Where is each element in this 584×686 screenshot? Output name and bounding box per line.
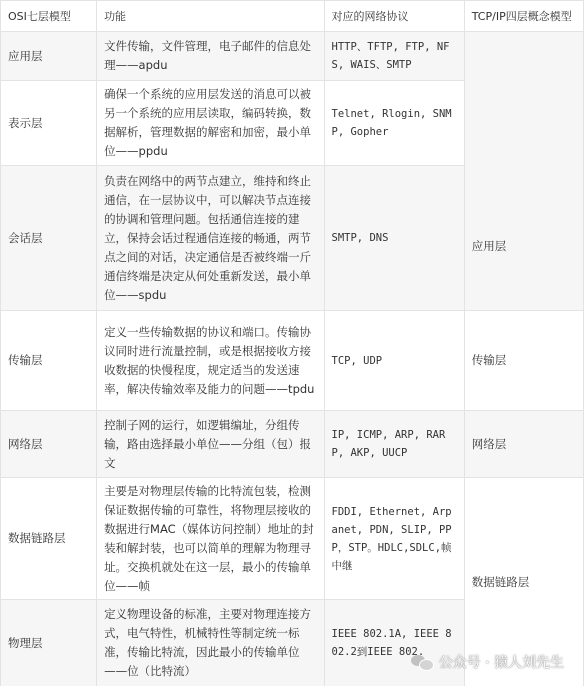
table-header-row: OSI七层模型 功能 对应的网络协议 TCP/IP四层概念模型 bbox=[1, 1, 584, 32]
layer-name: 应用层 bbox=[1, 32, 97, 81]
layer-function: 确保一个系统的应用层发送的消息可以被另一个系统的应用层读取，编码转换，数据解析，… bbox=[97, 81, 324, 166]
layer-name: 会话层 bbox=[1, 166, 97, 311]
table-row-application: 应用层 文件传输，文件管理，电子邮件的信息处理——apdu HTTP、TFTP,… bbox=[1, 32, 584, 81]
header-osi-layer: OSI七层模型 bbox=[1, 1, 97, 32]
tcpip-layer-label: 应用层 bbox=[472, 237, 576, 256]
tcpip-layer-transport: 传输层 bbox=[464, 311, 583, 411]
table-row-transport: 传输层 定义一些传输数据的协议和端口。传输协议同时进行流量控制，或是根据接收方接… bbox=[1, 311, 584, 411]
layer-function: 定义物理设备的标准，主要对物理连接方式，电气特性，机械特性等制定统一标准，传输比… bbox=[97, 600, 324, 686]
layer-protocols: HTTP、TFTP, FTP, NFS, WAIS、SMTP bbox=[324, 32, 464, 81]
layer-protocols: SMTP, DNS bbox=[324, 166, 464, 311]
layer-function: 负责在网络中的两节点建立，维持和终止通信，在一层协议中，可以解决节点连接的协调和… bbox=[97, 166, 324, 311]
layer-protocols: Telnet, Rlogin, SNMP, Gopher bbox=[324, 81, 464, 166]
layer-name: 传输层 bbox=[1, 311, 97, 411]
table-row-network: 网络层 控制子网的运行，如逻辑编址，分组传输，路由选择最小单位——分组（包）报文… bbox=[1, 411, 584, 478]
table-row-datalink: 数据链路层 主要是对物理层传输的比特流包装，检测保证数据传输的可靠性，将物理层接… bbox=[1, 478, 584, 600]
layer-function: 主要是对物理层传输的比特流包装，检测保证数据传输的可靠性，将物理层接收的数据进行… bbox=[97, 478, 324, 600]
wechat-icon bbox=[411, 654, 433, 670]
layer-function: 控制子网的运行，如逻辑编址，分组传输，路由选择最小单位——分组（包）报文 bbox=[97, 411, 324, 478]
layer-name: 表示层 bbox=[1, 81, 97, 166]
layer-protocols: IP, ICMP, ARP, RARP, AKP, UUCP bbox=[324, 411, 464, 478]
header-tcpip-layer: TCP/IP四层概念模型 bbox=[464, 1, 583, 32]
layer-name: 数据链路层 bbox=[1, 478, 97, 600]
header-function: 功能 bbox=[97, 1, 324, 32]
layer-function: 定义一些传输数据的协议和端口。传输协议同时进行流量控制，或是根据接收方接收数据的… bbox=[97, 311, 324, 411]
layer-name: 网络层 bbox=[1, 411, 97, 478]
watermark-text: 公众号 · 猿人刘先生 bbox=[439, 652, 564, 672]
layer-function: 文件传输，文件管理，电子邮件的信息处理——apdu bbox=[97, 32, 324, 81]
tcpip-layer-network: 网络层 bbox=[464, 411, 583, 478]
header-protocols: 对应的网络协议 bbox=[324, 1, 464, 32]
watermark: 公众号 · 猿人刘先生 bbox=[411, 652, 564, 672]
layer-protocols: FDDI, Ethernet, Arpanet, PDN, SLIP, PPP，… bbox=[324, 478, 464, 600]
layer-protocols: IEEE 802.1A, IEEE 802.2到IEEE 802. bbox=[324, 600, 464, 686]
layer-protocols: TCP, UDP bbox=[324, 311, 464, 411]
osi-model-table: OSI七层模型 功能 对应的网络协议 TCP/IP四层概念模型 应用层 文件传输… bbox=[0, 0, 584, 686]
layer-name: 物理层 bbox=[1, 600, 97, 686]
tcpip-layer-label: 数据链路层 bbox=[472, 573, 576, 592]
tcpip-layer-application: 应用层 bbox=[464, 32, 583, 311]
